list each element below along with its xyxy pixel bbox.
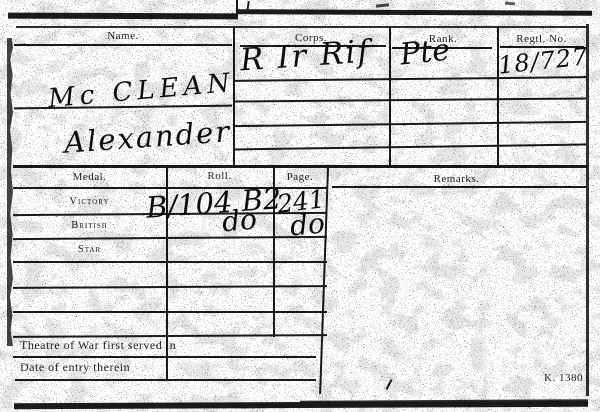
form-code: K. 1380 bbox=[544, 372, 583, 384]
rule-header-top bbox=[16, 26, 588, 28]
medal-row-label-british: British bbox=[13, 220, 166, 231]
rule-section-divider bbox=[13, 165, 588, 168]
date-of-entry-label: Date of entry therein bbox=[20, 360, 130, 375]
rule-medal-row-2 bbox=[13, 236, 327, 240]
corps-handwriting: R Ir Rif bbox=[239, 36, 372, 76]
forename-handwriting: Alexander bbox=[63, 117, 232, 158]
roll-victory-handwriting: B/104 B2 bbox=[145, 184, 282, 222]
medal-row-label-victory: Victory bbox=[13, 196, 166, 207]
rule-theatre-underline bbox=[13, 356, 316, 358]
rule-service-row-1 bbox=[234, 76, 586, 82]
medal-column-header: Medal. bbox=[13, 171, 166, 183]
theatre-of-war-label: Theatre of War first served in bbox=[20, 338, 176, 353]
name-column-header: Name. bbox=[14, 30, 232, 42]
rule-service-row-2 bbox=[234, 97, 586, 102]
page-british-handwriting: do bbox=[289, 210, 326, 241]
rule-service-row-4 bbox=[234, 144, 586, 151]
rule-date-underline bbox=[15, 379, 316, 381]
page-column-header: Page. bbox=[273, 171, 327, 183]
card-left-torn-edge bbox=[7, 38, 13, 346]
rank-handwriting: Pte bbox=[399, 35, 452, 70]
card-right-edge bbox=[586, 24, 589, 396]
rule-service-row-3 bbox=[234, 121, 586, 127]
remarks-column-header: Remarks. bbox=[327, 173, 586, 185]
rule-name-header-underline bbox=[14, 44, 232, 46]
card-top-smudge-2 bbox=[505, 2, 515, 6]
rule-medal-row-5 bbox=[13, 311, 327, 313]
card-top-smudge bbox=[376, 3, 389, 7]
stray-pen-mark bbox=[386, 379, 393, 390]
rule-medal-row-3 bbox=[13, 261, 327, 263]
card-top-edge-right bbox=[236, 9, 592, 16]
regtl-no-handwriting: 18/727 bbox=[497, 44, 589, 77]
roll-british-handwriting: do bbox=[221, 206, 258, 237]
rule-remarks-underline bbox=[332, 186, 586, 188]
card-top-edge-left bbox=[8, 13, 238, 20]
card-top-tab-tick bbox=[236, 0, 238, 14]
roll-column-header: Roll. bbox=[166, 170, 273, 182]
medal-index-card: Name. Corps. Rank. Regtl. No. Medal. Rol… bbox=[0, 0, 600, 412]
rule-medal-row-4 bbox=[13, 285, 327, 289]
medal-row-label-star: Star bbox=[13, 244, 166, 255]
